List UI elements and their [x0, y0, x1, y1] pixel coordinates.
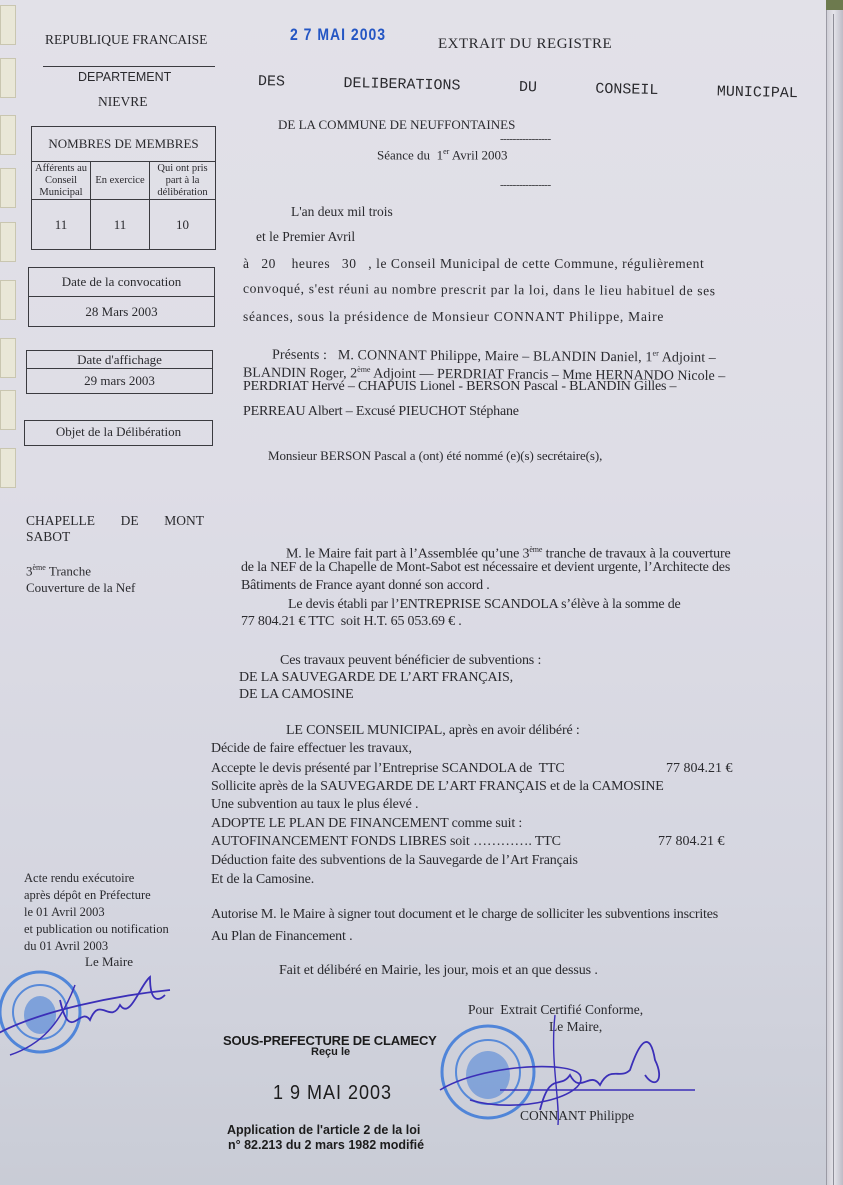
mayor-name: CONNANT Philippe: [520, 1108, 634, 1124]
subject-couverture: Couverture de la Nef: [26, 580, 135, 596]
convocation-date: 28 Mars 2003: [29, 296, 214, 326]
preamble-line4: convoqué, s'est réuni au nombre prescrit…: [243, 280, 716, 300]
preamble-line5: séances, sous la présidence de Monsieur …: [243, 308, 664, 326]
binding-tab: [0, 115, 16, 155]
devis-line: Le devis établi par l’ENTREPRISE SCANDOL…: [288, 596, 681, 614]
affichage-label: Date d'affichage: [27, 351, 212, 368]
law-reference-2: n° 82.213 du 2 mars 1982 modifié: [228, 1138, 424, 1152]
document-title: EXTRAIT DU REGISTRE: [438, 36, 612, 53]
binding-tab: [0, 448, 16, 488]
affichage-date: 29 mars 2003: [27, 368, 212, 393]
preamble-year: L'an deux mil trois: [291, 203, 393, 221]
convocation-box: Date de la convocation 28 Mars 2003: [28, 267, 215, 327]
binding-tab: [0, 58, 16, 98]
binding-tab: [0, 280, 16, 320]
binding-tab: [0, 390, 16, 430]
closing-line: Fait et délibéré en Mairie, les jour, mo…: [279, 962, 598, 980]
col-exercice: En exercice: [91, 162, 150, 200]
expose-line3: Bâtiments de France ayant donné son acco…: [241, 577, 490, 595]
law-reference-1: Application de l'article 2 de la loi: [227, 1123, 420, 1137]
page-stack-edge: [826, 10, 843, 1185]
value-exercice: 11: [91, 200, 150, 250]
secretary-line: Monsieur BERSON Pascal a (ont) été nommé…: [268, 448, 602, 464]
executoire-block: Acte rendu exécutoire après dépôt en Pré…: [24, 870, 169, 955]
devis-amount: 77 804.21 € TTC soit H.T. 65 053.69 € .: [241, 613, 462, 631]
decision-line: Accepte le devis présenté par l’Entrepri…: [211, 760, 565, 778]
separator: ----------------: [500, 133, 551, 145]
binding-tab: [0, 338, 16, 378]
subsidy-item: DE LA SAUVEGARDE DE L’ART FRANÇAIS,: [239, 669, 513, 687]
decision-line: Une subvention au taux le plus élevé .: [211, 796, 418, 814]
mairie-seal-icon: [0, 965, 200, 1065]
presents-line3: PERDRIAT Hervé – CHAPUIS Lionel - BERSON…: [243, 378, 676, 396]
decision-line: Et de la Camosine.: [211, 871, 314, 889]
devis-ttc-amount: 77 804.21 €: [666, 760, 733, 778]
commune-name: DE LA COMMUNE DE NEUFFONTAINES: [278, 117, 515, 133]
subsidies-intro: Ces travaux peuvent bénéficier de subven…: [280, 652, 541, 670]
preamble-day: et le Premier Avril: [256, 228, 355, 246]
presents-line4: PERREAU Albert – Excusé PIEUCHOT Stéphan…: [243, 403, 519, 421]
value-afferents: 11: [32, 200, 91, 250]
preamble-line3: à 20 heures 30 , le Conseil Municipal de…: [243, 255, 704, 273]
col-participants: Qui ont pris part à la délibération: [150, 162, 216, 200]
subsidy-item: DE LA CAMOSINE: [239, 686, 354, 704]
convocation-label: Date de la convocation: [29, 268, 214, 296]
members-table-title: NOMBRES DE MEMBRES: [32, 127, 216, 162]
expose-line2: de la NEF de la Chapelle de Mont-Sabot e…: [241, 559, 730, 577]
seance-date: Séance du 1er Avril 2003: [377, 147, 508, 163]
subprefecture-recu: Reçu le: [311, 1046, 350, 1058]
decision-line: Déduction faite des subventions de la Sa…: [211, 852, 578, 870]
subject-line2: SABOT: [26, 529, 70, 545]
binding-tab: [0, 222, 16, 262]
decision-line: ADOPTE LE PLAN DE FINANCEMENT comme suit…: [211, 815, 522, 833]
decision-line: Décide de faire effectuer les travaux,: [211, 740, 412, 758]
objet-box: Objet de la Délibération: [24, 420, 213, 446]
authorize-line2: Au Plan de Financement .: [211, 928, 352, 946]
page-edge-line: [833, 14, 834, 1185]
department-name: NIEVRE: [98, 94, 148, 110]
binding-tab: [0, 5, 16, 45]
binding-tab: [0, 168, 16, 208]
subject-line1: CHAPELLE DE MONT: [26, 513, 204, 529]
divider: [43, 66, 215, 67]
members-table: NOMBRES DE MEMBRES Afférents au Conseil …: [31, 126, 216, 250]
decision-line: Sollicite après de la SAUVEGARDE DE L’AR…: [211, 778, 664, 796]
decision-heading: LE CONSEIL MUNICIPAL, après en avoir dél…: [286, 722, 580, 740]
objet-label: Objet de la Délibération: [56, 424, 181, 439]
department-label: DEPARTEMENT: [78, 70, 171, 84]
authorize-line1: Autorise M. le Maire à signer tout docum…: [211, 906, 718, 924]
subprefecture-date: 1 9 MAI 2003: [273, 1080, 392, 1104]
decision-line: AUTOFINANCEMENT FONDS LIBRES soit …………. …: [211, 833, 561, 851]
autofinancement-amount: 77 804.21 €: [658, 833, 725, 851]
received-date-stamp: 2 7 MAI 2003: [290, 24, 386, 43]
subject-tranche: 3ème Tranche: [26, 563, 91, 579]
value-participants: 10: [150, 200, 216, 250]
separator: ----------------: [500, 179, 551, 191]
affichage-box: Date d'affichage 29 mars 2003: [26, 350, 213, 394]
col-afferents: Afférents au Conseil Municipal: [32, 162, 91, 200]
republic-label: REPUBLIQUE FRANCAISE: [45, 32, 207, 48]
